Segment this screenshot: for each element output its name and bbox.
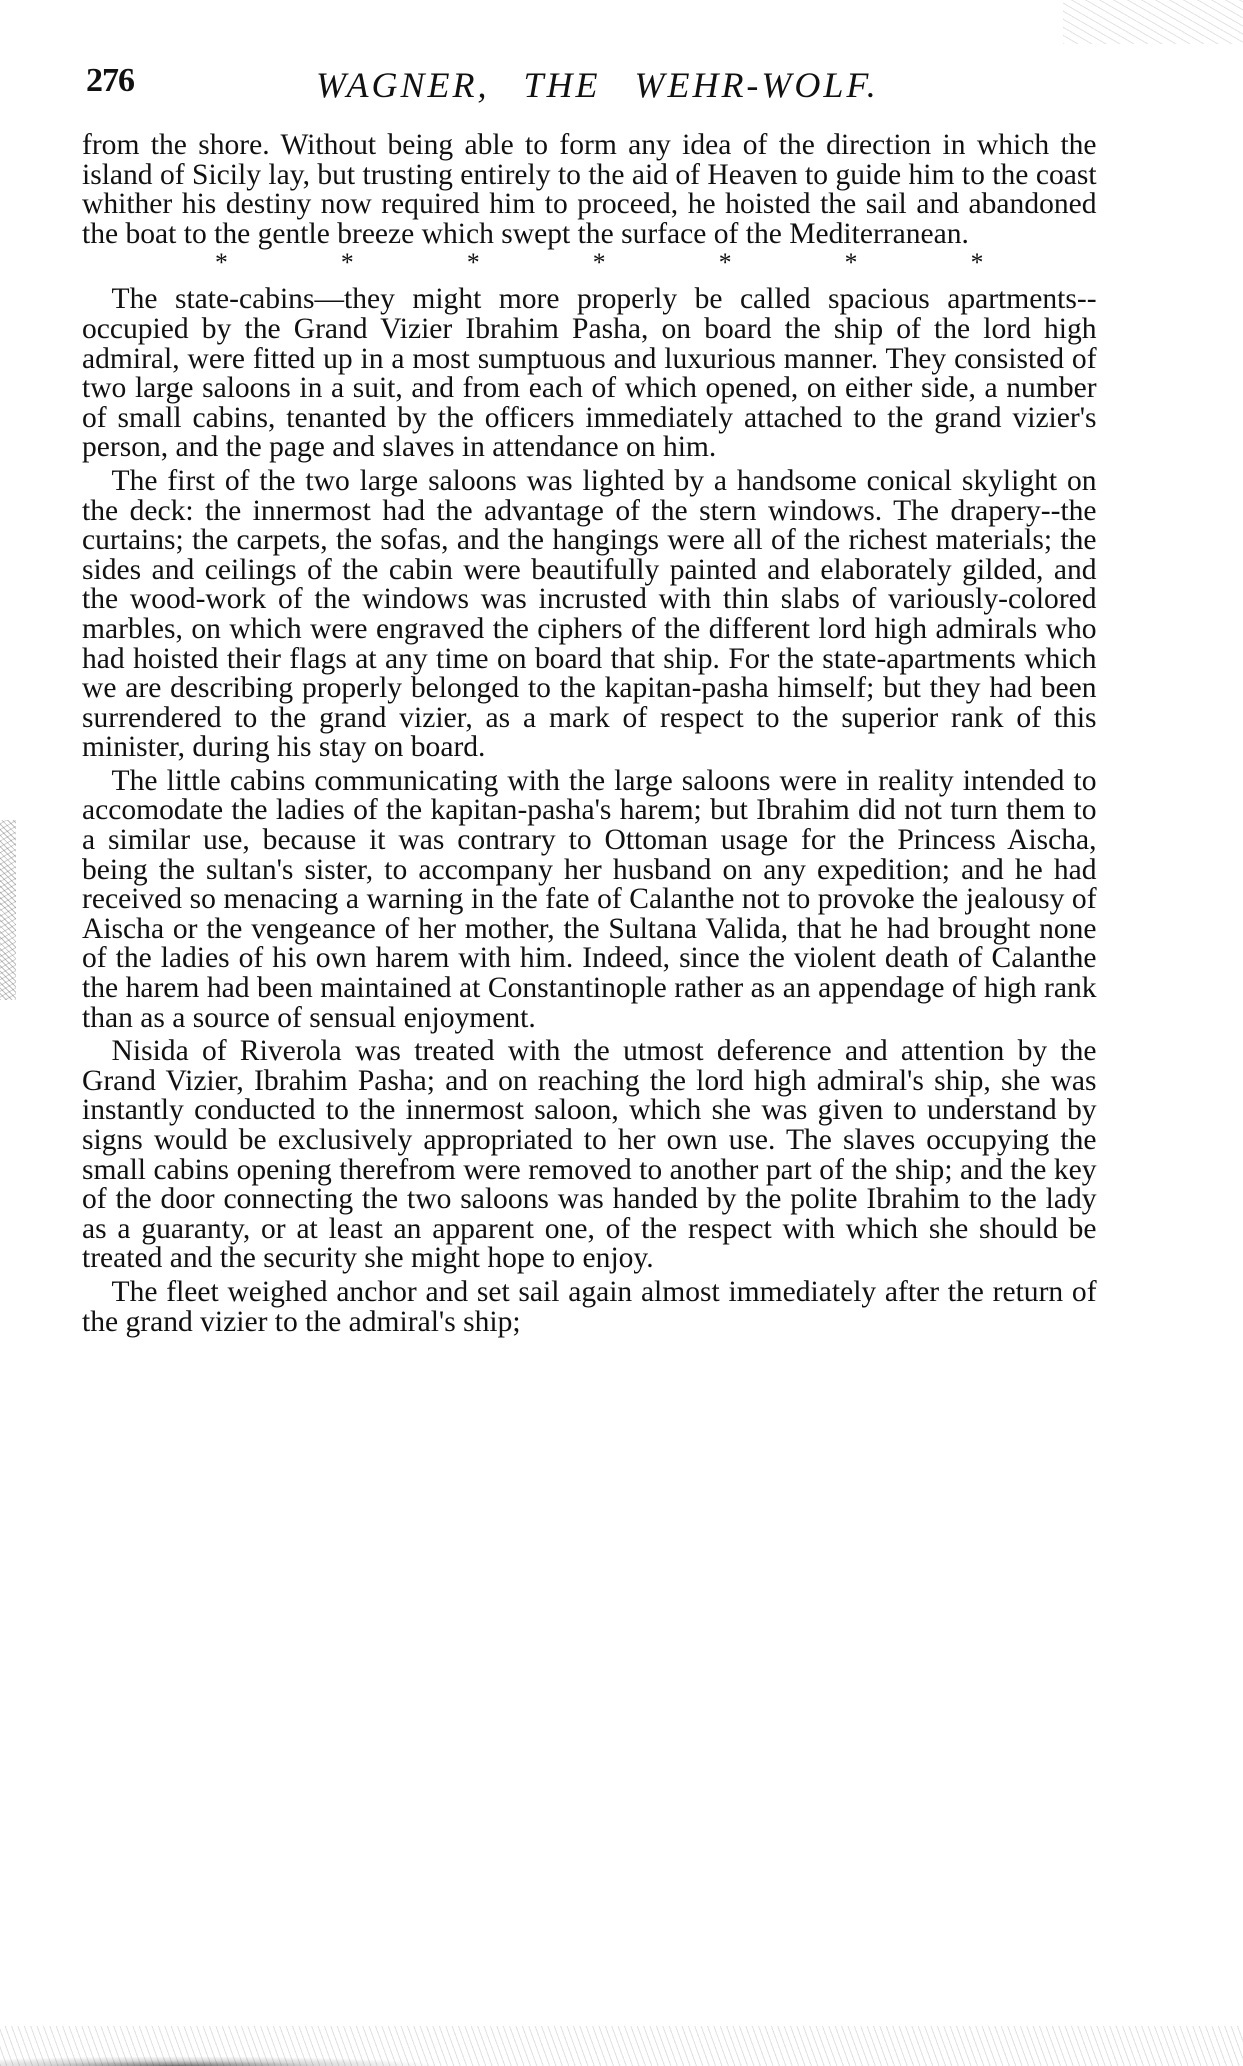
asterisk-5: * (719, 248, 845, 278)
section-break: * * * * * * * (82, 248, 1097, 278)
running-title: WAGNER, THE WEHR-WOLF. (316, 64, 879, 106)
paragraph-first-saloon: The first of the two large saloons was l… (82, 466, 1097, 762)
asterisk-6: * (845, 248, 971, 278)
paragraph-nisida: Nisida of Riverola was treated with the … (82, 1036, 1097, 1273)
asterisk-2: * (341, 248, 467, 278)
scan-noise-top-right (1063, 0, 1243, 44)
scan-noise-bottom (0, 2026, 1243, 2066)
paragraph-fleet: The fleet weighed anchor and set sail ag… (82, 1277, 1097, 1336)
paragraph-continued: from the shore. Without being able to fo… (82, 130, 1097, 248)
asterisk-7: * (971, 248, 1097, 278)
scan-noise-left-margin (0, 820, 16, 1000)
paragraph-state-cabins: The state-cabins—they might more properl… (82, 284, 1097, 462)
asterisk-3: * (467, 248, 593, 278)
page-number: 276 (86, 62, 134, 100)
page-header: 276 WAGNER, THE WEHR-WOLF. (86, 62, 1106, 112)
asterisk-4: * (593, 248, 719, 278)
book-page: 276 WAGNER, THE WEHR-WOLF. from the shor… (0, 0, 1243, 2066)
asterisk-1: * (215, 248, 341, 278)
paragraph-little-cabins: The little cabins communicating with the… (82, 766, 1097, 1032)
page-body: from the shore. Without being able to fo… (82, 130, 1097, 1336)
